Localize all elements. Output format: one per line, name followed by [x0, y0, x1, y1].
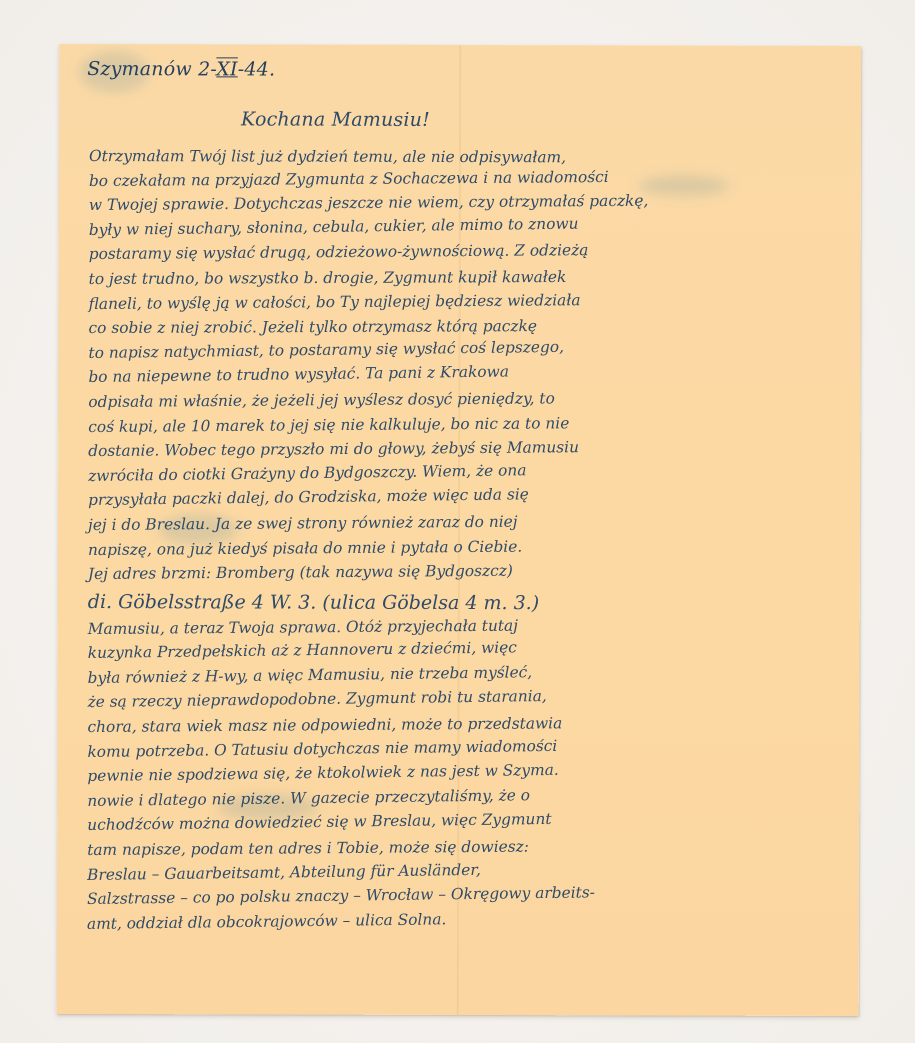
letter-line: postaramy się wysłać drugą, odzieżowo-ży… [89, 236, 849, 267]
letter-dateline: Szymanów 2-XI-44. [87, 58, 275, 80]
letter-body: Otrzymałam Twój list już dydzień temu, a… [87, 144, 849, 938]
date-day: 2- [198, 58, 216, 80]
letter-salutation: Kochana Mamusiu! [241, 108, 430, 130]
letter-line: flaneli, to wyślę ją w całości, bo Ty na… [88, 286, 848, 317]
date-month: XI [216, 58, 237, 80]
place-name: Szymanów [87, 58, 192, 80]
letter-paper: Szymanów 2-XI-44. Kochana Mamusiu! Otrzy… [57, 44, 862, 1016]
date-year: -44. [238, 58, 275, 80]
letter-line: Jej adres brzmi: Bromberg (tak nazywa si… [88, 556, 848, 587]
